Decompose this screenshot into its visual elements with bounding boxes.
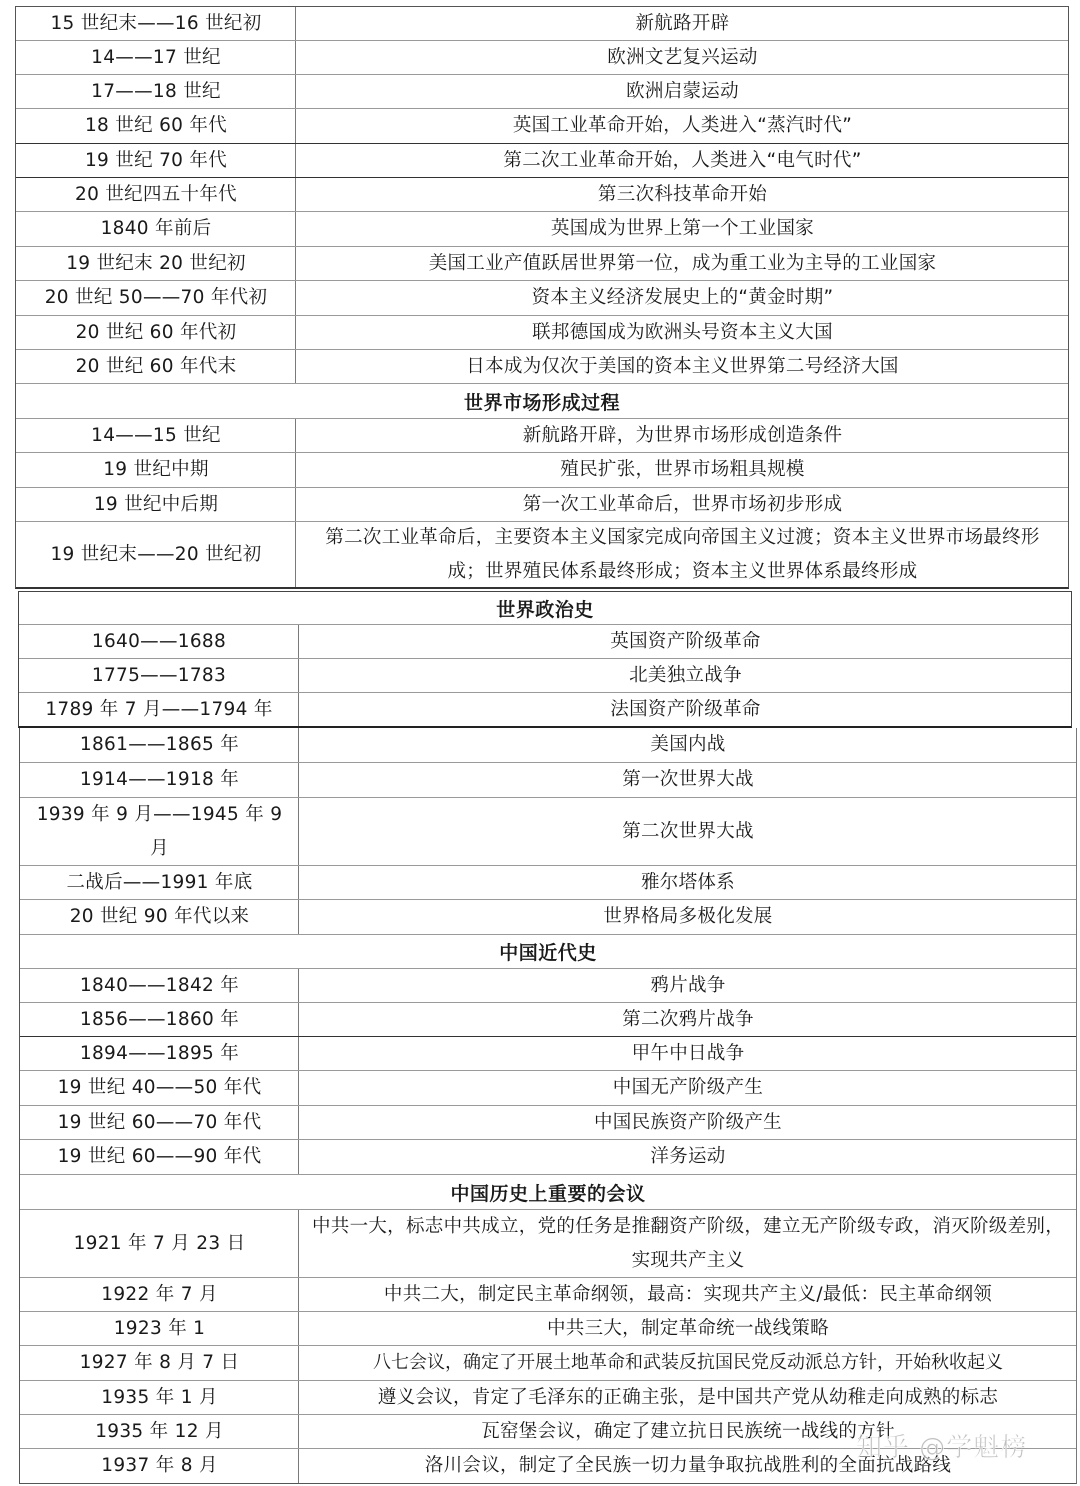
- section-header-row: 世界政治史: [19, 592, 1071, 625]
- event-cell: 第二次鸦片战争: [300, 1003, 1076, 1036]
- section-title-world-market: 世界市场形成过程: [16, 384, 1068, 418]
- table-row: 1939 年 9 月——1945 年 9 月 第二次世界大战: [20, 798, 1076, 866]
- table-row: 18 世纪 60 年代 英国工业革命开始，人类进入“蒸汽时代”: [16, 109, 1068, 144]
- event-cell: 第一次工业革命后，世界市场初步形成: [297, 488, 1068, 521]
- table-row: 1937 年 8 月 洛川会议，制定了全民族一切力量争取抗战胜利的全面抗战路线: [20, 1449, 1076, 1482]
- table-row: 14——15 世纪 新航路开辟，为世界市场形成创造条件: [16, 419, 1068, 453]
- table-row: 1840 年前后 英国成为世界上第一个工业国家: [16, 212, 1068, 247]
- date-cell: 19 世纪 70 年代: [16, 144, 296, 177]
- event-cell: 中国无产阶级产生: [300, 1071, 1076, 1105]
- date-cell: 19 世纪 40——50 年代: [20, 1071, 299, 1105]
- date-cell: 14——15 世纪: [16, 419, 296, 452]
- table-row: 1640——1688 英国资产阶级革命: [19, 625, 1071, 659]
- table-row: 17——18 世纪 欧洲启蒙运动: [16, 75, 1068, 109]
- date-cell: 1923 年 1: [20, 1312, 299, 1345]
- table-row: 20 世纪 50——70 年代初 资本主义经济发展史上的“黄金时期”: [16, 281, 1068, 316]
- table-row: 20 世纪四五十年代 第三次科技革命开始: [16, 178, 1068, 212]
- table-block-economy-market: 15 世纪末——16 世纪初 新航路开辟 14——17 世纪 欧洲文艺复兴运动 …: [15, 6, 1069, 589]
- date-cell: 20 世纪 90 年代以来: [20, 900, 299, 934]
- event-cell: 英国成为世界上第一个工业国家: [297, 212, 1068, 246]
- event-cell: 联邦德国成为欧洲头号资本主义大国: [297, 316, 1068, 349]
- table-row: 1894——1895 年 甲午中日战争: [20, 1037, 1076, 1071]
- date-cell: 1856——1860 年: [20, 1003, 299, 1036]
- event-cell: 洋务运动: [300, 1140, 1076, 1174]
- section-title-china-modern: 中国近代史: [20, 935, 1076, 968]
- date-cell: 20 世纪 60 年代初: [16, 316, 296, 349]
- event-cell: 第二次工业革命后，主要资本主义国家完成向帝国主义过渡；资本主义世界市场最终形成；…: [297, 522, 1068, 588]
- event-cell: 雅尔塔体系: [300, 866, 1076, 899]
- date-cell: 二战后——1991 年底: [20, 866, 299, 899]
- date-cell: 20 世纪 60 年代末: [16, 350, 296, 383]
- table-row: 15 世纪末——16 世纪初 新航路开辟: [16, 7, 1068, 41]
- table-row: 1789 年 7 月——1794 年 法国资产阶级革命: [19, 693, 1071, 726]
- table-row: 20 世纪 90 年代以来 世界格局多极化发展: [20, 900, 1076, 935]
- event-cell: 中共二大，制定民主革命纲领，最高：实现共产主义/最低：民主革命纲领: [300, 1278, 1076, 1311]
- date-cell: 1939 年 9 月——1945 年 9 月: [20, 798, 299, 865]
- table-row: 1921 年 7 月 23 日 中共一大，标志中共成立，党的任务是推翻资产阶级，…: [20, 1210, 1076, 1278]
- table-row: 1914——1918 年 第一次世界大战: [20, 763, 1076, 798]
- date-cell: 1927 年 8 月 7 日: [20, 1346, 299, 1380]
- date-cell: 19 世纪中后期: [16, 488, 296, 521]
- event-cell: 日本成为仅次于美国的资本主义世界第二号经济大国: [297, 350, 1068, 383]
- table-row: 1922 年 7 月 中共二大，制定民主革命纲领，最高：实现共产主义/最低：民主…: [20, 1278, 1076, 1312]
- event-cell: 欧洲启蒙运动: [297, 75, 1068, 108]
- event-cell: 第二次工业革命开始，人类进入“电气时代”: [297, 144, 1068, 177]
- table-row: 1935 年 1 月 遵义会议，肯定了毛泽东的正确主张，是中国共产党从幼稚走向成…: [20, 1381, 1076, 1415]
- event-cell: 第三次科技革命开始: [297, 178, 1068, 211]
- table-row: 19 世纪 70 年代 第二次工业革命开始，人类进入“电气时代”: [16, 144, 1068, 178]
- event-cell: 八七会议，确定了开展土地革命和武装反抗国民党反动派总方针，开始秋收起义: [300, 1346, 1076, 1380]
- date-cell: 1840 年前后: [16, 212, 296, 246]
- table-block-politics-top: 世界政治史 1640——1688 英国资产阶级革命 1775——1783 北美独…: [18, 591, 1072, 728]
- event-cell: 第二次世界大战: [300, 798, 1076, 865]
- event-cell: 第一次世界大战: [300, 763, 1076, 797]
- date-cell: 1840——1842 年: [20, 969, 299, 1002]
- event-cell: 中共三大，制定革命统一战线策略: [300, 1312, 1076, 1345]
- date-cell: 1894——1895 年: [20, 1037, 299, 1070]
- date-cell: 20 世纪四五十年代: [16, 178, 296, 211]
- date-cell: 19 世纪末 20 世纪初: [16, 247, 296, 280]
- event-cell: 英国资产阶级革命: [300, 625, 1071, 658]
- date-cell: 19 世纪 60——90 年代: [20, 1140, 299, 1174]
- event-cell: 遵义会议，肯定了毛泽东的正确主张，是中国共产党从幼稚走向成熟的标志: [300, 1381, 1076, 1414]
- date-cell: 1922 年 7 月: [20, 1278, 299, 1311]
- date-cell: 19 世纪中期: [16, 453, 296, 487]
- table-row: 14——17 世纪 欧洲文艺复兴运动: [16, 41, 1068, 75]
- section-header-row: 世界市场形成过程: [16, 384, 1068, 419]
- event-cell: 瓦窑堡会议，确定了建立抗日民族统一战线的方针: [300, 1415, 1076, 1448]
- event-cell: 甲午中日战争: [300, 1037, 1076, 1070]
- table-row: 1840——1842 年 鸦片战争: [20, 969, 1076, 1003]
- event-cell: 法国资产阶级革命: [300, 693, 1071, 726]
- table-row: 1927 年 8 月 7 日 八七会议，确定了开展土地革命和武装反抗国民党反动派…: [20, 1346, 1076, 1381]
- date-cell: 1640——1688: [19, 625, 299, 658]
- table-row: 1935 年 12 月 瓦窑堡会议，确定了建立抗日民族统一战线的方针: [20, 1415, 1076, 1449]
- date-cell: 1937 年 8 月: [20, 1449, 299, 1482]
- event-cell: 资本主义经济发展史上的“黄金时期”: [297, 281, 1068, 315]
- event-cell: 美国内战: [300, 728, 1076, 762]
- event-cell: 世界格局多极化发展: [300, 900, 1076, 934]
- table-row: 19 世纪中后期 第一次工业革命后，世界市场初步形成: [16, 488, 1068, 522]
- date-cell: 1775——1783: [19, 659, 299, 692]
- event-cell: 英国工业革命开始，人类进入“蒸汽时代”: [297, 109, 1068, 143]
- section-header-row: 中国近代史: [20, 935, 1076, 969]
- date-cell: 18 世纪 60 年代: [16, 109, 296, 143]
- table-row: 20 世纪 60 年代初 联邦德国成为欧洲头号资本主义大国: [16, 316, 1068, 350]
- date-cell: 1921 年 7 月 23 日: [20, 1210, 299, 1277]
- date-cell: 1935 年 1 月: [20, 1381, 299, 1414]
- table-row: 20 世纪 60 年代末 日本成为仅次于美国的资本主义世界第二号经济大国: [16, 350, 1068, 384]
- event-cell: 中国民族资产阶级产生: [300, 1106, 1076, 1139]
- date-cell: 15 世纪末——16 世纪初: [16, 7, 296, 40]
- date-cell: 1789 年 7 月——1794 年: [19, 693, 299, 726]
- table-row: 二战后——1991 年底 雅尔塔体系: [20, 866, 1076, 900]
- table-row: 19 世纪末——20 世纪初 第二次工业革命后，主要资本主义国家完成向帝国主义过…: [16, 522, 1068, 588]
- event-cell: 新航路开辟: [297, 7, 1068, 40]
- table-row: 19 世纪 40——50 年代 中国无产阶级产生: [20, 1071, 1076, 1106]
- section-title-world-politics: 世界政治史: [19, 592, 1071, 624]
- table-row: 19 世纪 60——90 年代 洋务运动: [20, 1140, 1076, 1175]
- date-cell: 19 世纪末——20 世纪初: [16, 522, 296, 588]
- table-block-politics-china-meetings: 1861——1865 年 美国内战 1914——1918 年 第一次世界大战 1…: [19, 728, 1077, 1484]
- section-header-row: 中国历史上重要的会议: [20, 1175, 1076, 1210]
- date-cell: 19 世纪 60——70 年代: [20, 1106, 299, 1139]
- table-row: 19 世纪 60——70 年代 中国民族资产阶级产生: [20, 1106, 1076, 1140]
- table-row: 19 世纪中期 殖民扩张，世界市场粗具规模: [16, 453, 1068, 488]
- event-cell: 鸦片战争: [300, 969, 1076, 1002]
- date-cell: 1914——1918 年: [20, 763, 299, 797]
- event-cell: 新航路开辟，为世界市场形成创造条件: [297, 419, 1068, 452]
- event-cell: 殖民扩张，世界市场粗具规模: [297, 453, 1068, 487]
- table-row: 1775——1783 北美独立战争: [19, 659, 1071, 693]
- event-cell: 洛川会议，制定了全民族一切力量争取抗战胜利的全面抗战路线: [300, 1449, 1076, 1482]
- table-row: 1856——1860 年 第二次鸦片战争: [20, 1003, 1076, 1037]
- table-row: 19 世纪末 20 世纪初 美国工业产值跃居世界第一位，成为重工业为主导的工业国…: [16, 247, 1068, 281]
- date-cell: 20 世纪 50——70 年代初: [16, 281, 296, 315]
- date-cell: 1861——1865 年: [20, 728, 299, 762]
- event-cell: 美国工业产值跃居世界第一位，成为重工业为主导的工业国家: [297, 247, 1068, 280]
- table-row: 1861——1865 年 美国内战: [20, 728, 1076, 763]
- date-cell: 1935 年 12 月: [20, 1415, 299, 1448]
- section-title-meetings: 中国历史上重要的会议: [20, 1175, 1076, 1209]
- table-row: 1923 年 1 中共三大，制定革命统一战线策略: [20, 1312, 1076, 1346]
- event-cell: 中共一大，标志中共成立，党的任务是推翻资产阶级，建立无产阶级专政，消灭阶级差别，…: [300, 1210, 1076, 1277]
- date-cell: 14——17 世纪: [16, 41, 296, 74]
- date-cell: 17——18 世纪: [16, 75, 296, 108]
- event-cell: 北美独立战争: [300, 659, 1071, 692]
- event-cell: 欧洲文艺复兴运动: [297, 41, 1068, 74]
